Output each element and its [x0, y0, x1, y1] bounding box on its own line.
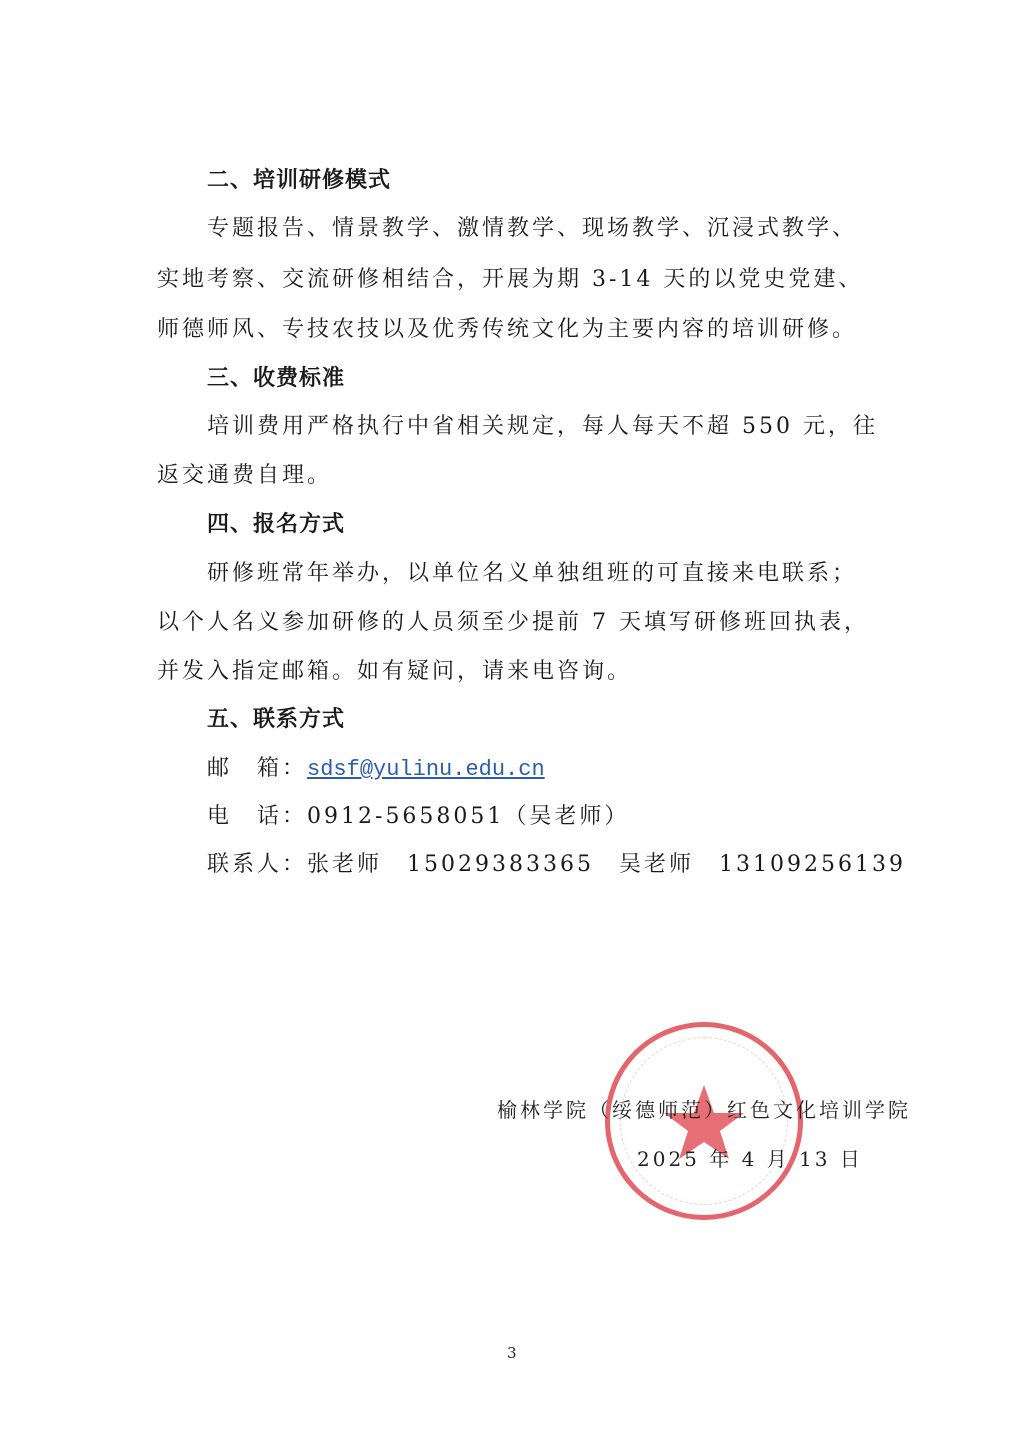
document-page: 二、培训研修模式 专题报告、情景教学、激情教学、现场教学、沉浸式教学、 实地考察… — [0, 0, 1024, 1448]
paragraph-line: 培训费用严格执行中省相关规定，每人每天不超 550 元，往 — [207, 412, 878, 442]
phone-row: 电 话：0912-5658051（吴老师） — [207, 802, 629, 832]
paragraph-line: 师德师风、专技农技以及优秀传统文化为主要内容的培训研修。 — [157, 315, 857, 345]
email-row: 邮 箱：sdsf@yulinu.edu.cn — [207, 754, 545, 785]
email-link[interactable]: sdsf@yulinu.edu.cn — [307, 757, 545, 782]
page-number: 3 — [507, 1344, 517, 1362]
section-heading-fees: 三、收费标准 — [207, 364, 345, 394]
paragraph-line: 返交通费自理。 — [157, 461, 332, 491]
signature-organization: 榆林学院（绥德师范）红色文化培训学院 — [497, 1094, 911, 1123]
paragraph-line: 并发入指定邮箱。如有疑问，请来电咨询。 — [157, 657, 632, 687]
paragraph-line: 以个人名义参加研修的人员须至少提前 7 天填写研修班回执表， — [157, 608, 869, 638]
paragraph-line: 实地考察、交流研修相结合，开展为期 3-14 天的以党史党建、 — [157, 265, 863, 295]
email-label: 邮 箱： — [207, 756, 307, 781]
phone-label: 电 话： — [207, 804, 307, 829]
contacts-label: 联系人： — [207, 852, 307, 877]
paragraph-line: 专题报告、情景教学、激情教学、现场教学、沉浸式教学、 — [207, 214, 857, 244]
contacts-value: 张老师 15029383365 吴老师 13109256139 — [307, 852, 906, 877]
phone-value: 0912-5658051（吴老师） — [307, 804, 629, 829]
section-heading-contact: 五、联系方式 — [207, 705, 345, 735]
section-heading-registration: 四、报名方式 — [207, 510, 345, 540]
signature-date: 2025 年 4 月 13 日 — [637, 1143, 863, 1172]
paragraph-line: 研修班常年举办，以单位名义单独组班的可直接来电联系； — [207, 559, 857, 589]
section-heading-training-mode: 二、培训研修模式 — [207, 166, 391, 196]
contacts-row: 联系人：张老师 15029383365 吴老师 13109256139 — [207, 850, 906, 880]
